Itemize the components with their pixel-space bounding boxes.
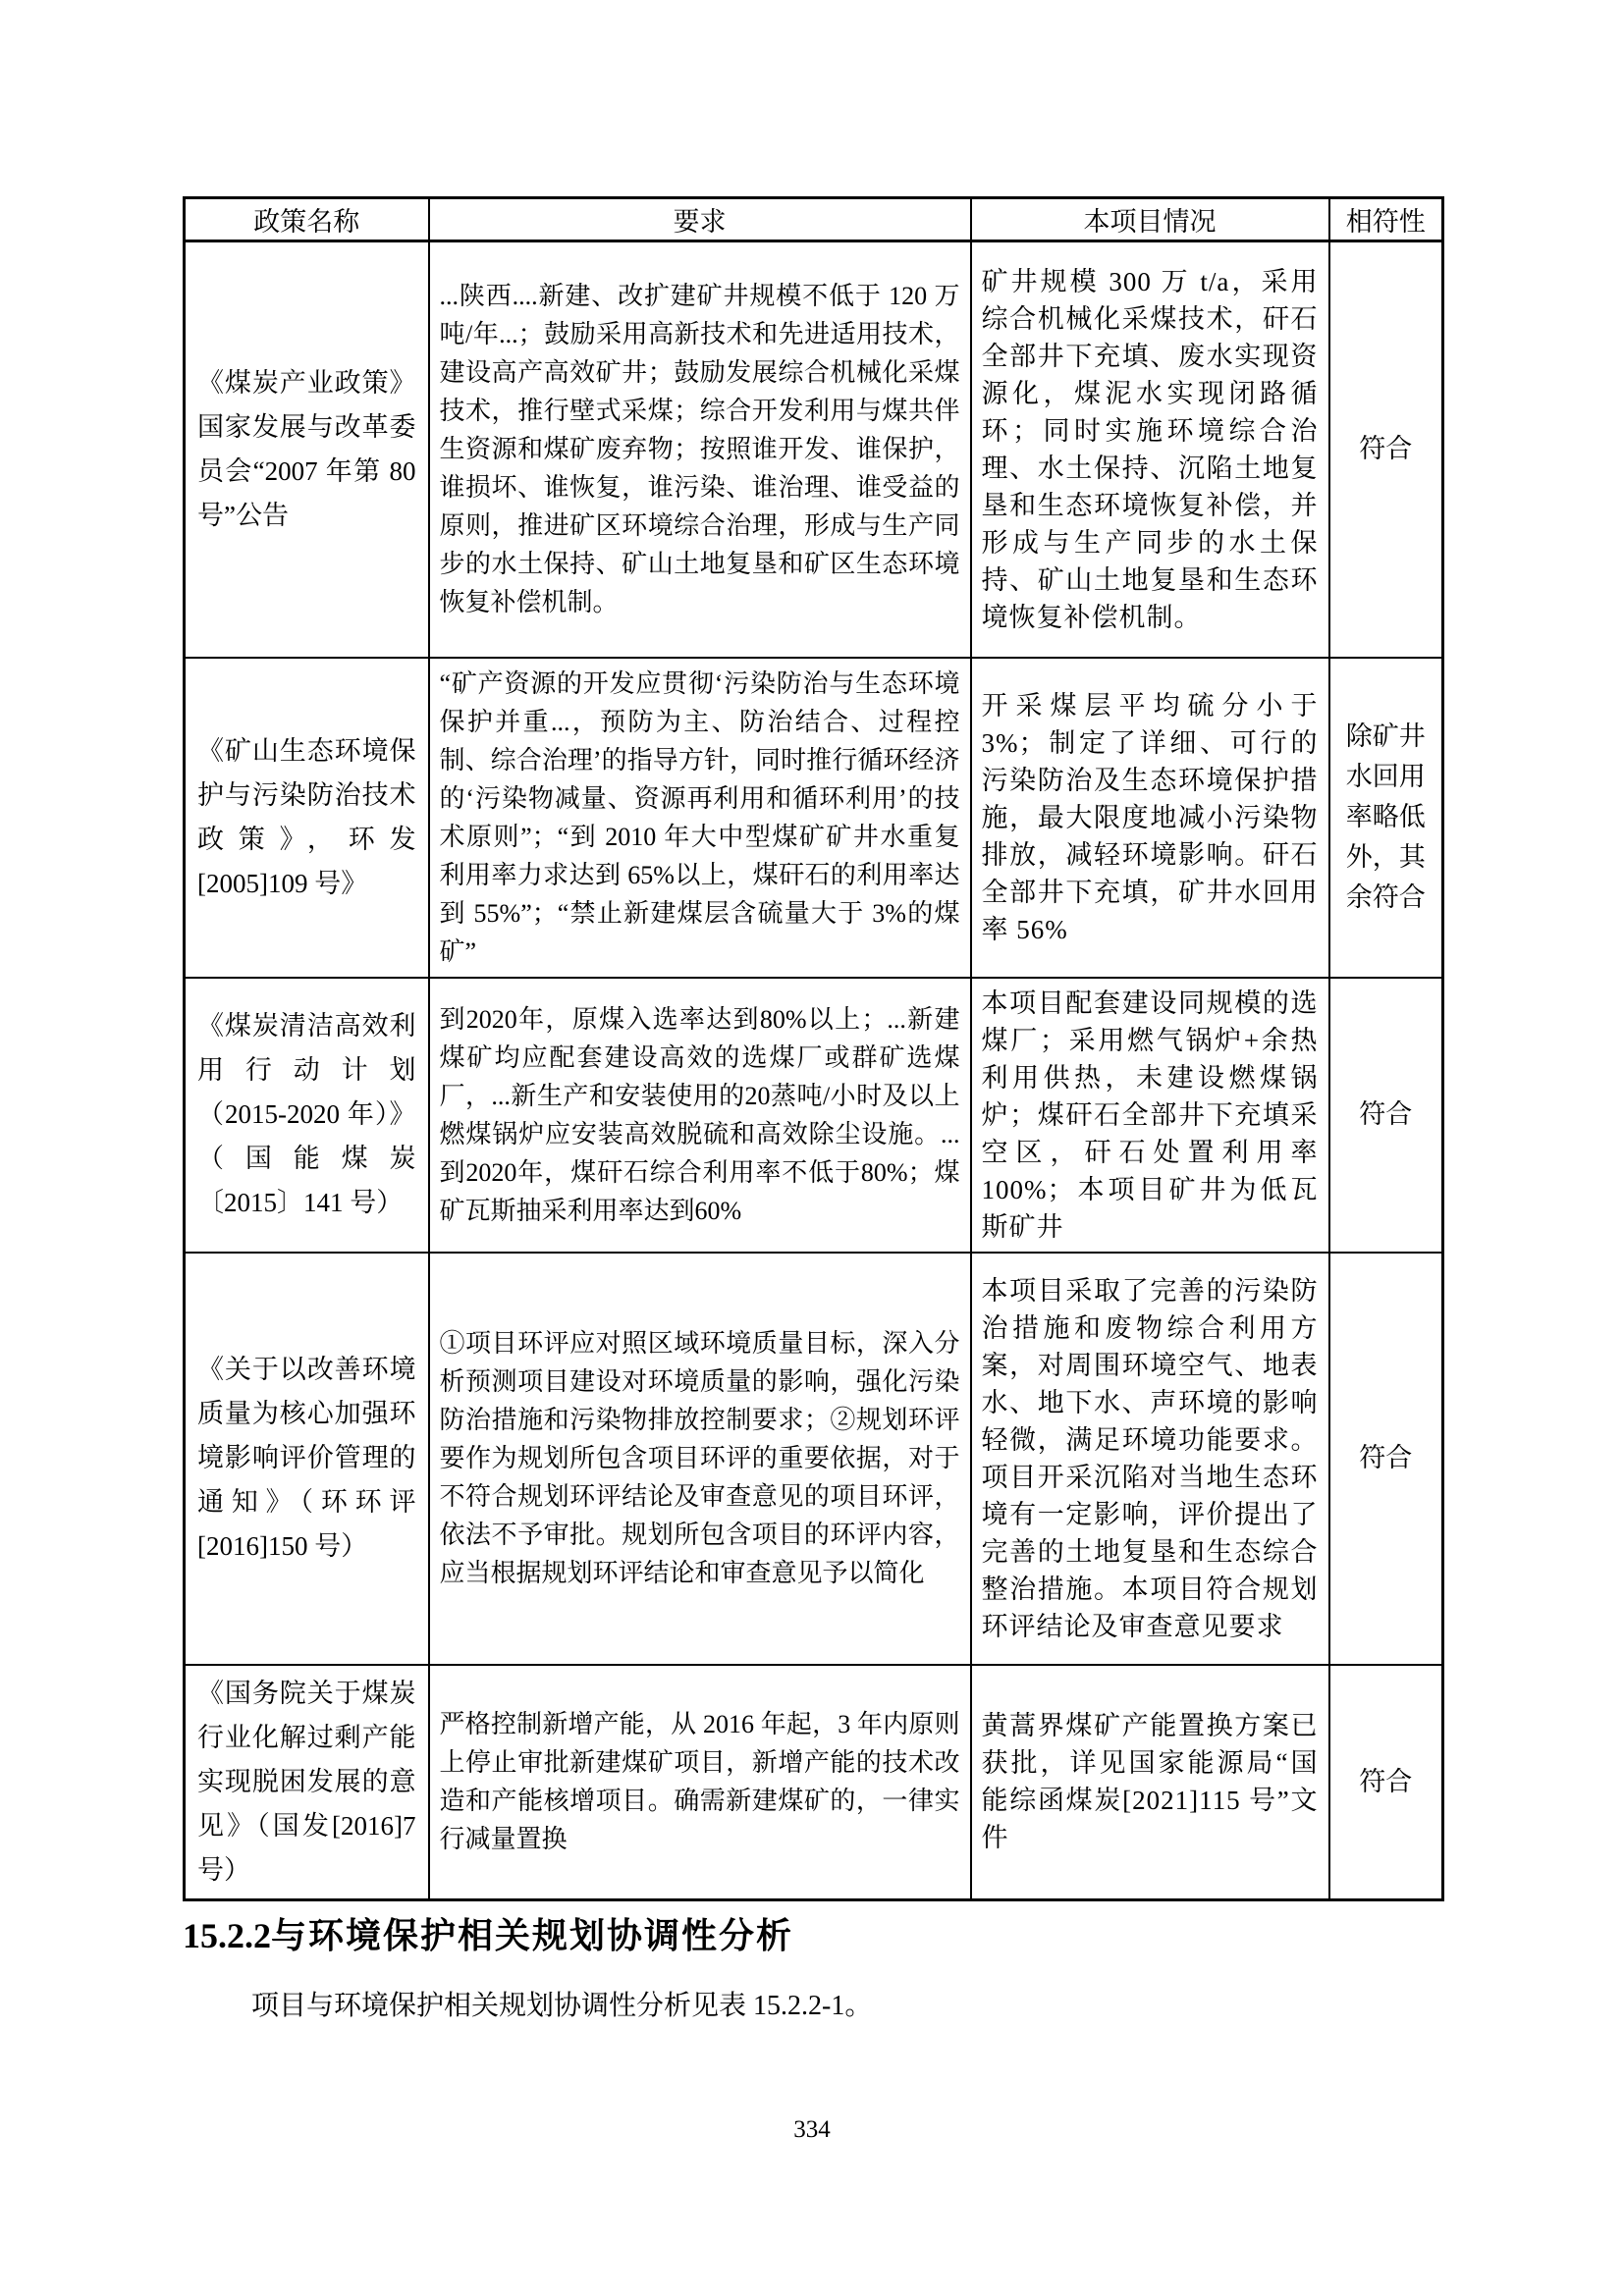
project-situation-cell: 矿井规模 300 万 t/a，采用综合机械化采煤技术，矸石全部井下充填、废水实现… bbox=[971, 241, 1329, 658]
table-header-row: 政策名称 要求 本项目情况 相符性 bbox=[185, 198, 1443, 241]
conformity-cell: 符合 bbox=[1329, 978, 1443, 1253]
requirement-cell: 严格控制新增产能，从 2016 年起，3 年内原则上停止审批新建煤矿项目，新增产… bbox=[429, 1665, 971, 1900]
header-conformity: 相符性 bbox=[1329, 198, 1443, 241]
section-heading-number: 15.2.2 bbox=[183, 1916, 271, 1955]
header-policy-name: 政策名称 bbox=[185, 198, 429, 241]
policy-compliance-table: 政策名称 要求 本项目情况 相符性 《煤炭产业政策》国家发展与改革委员会“200… bbox=[183, 196, 1444, 1901]
section-heading-title: 与环境保护相关规划协调性分析 bbox=[271, 1915, 793, 1955]
policy-name-cell: 《矿山生态环境保护与污染防治技术政策》，环发[2005]109 号》 bbox=[185, 658, 429, 978]
policy-name-cell: 《煤炭清洁高效利用行动计划（2015-2020 年）》（国能煤炭〔2015〕14… bbox=[185, 978, 429, 1253]
policy-compliance-table-wrap: 政策名称 要求 本项目情况 相符性 《煤炭产业政策》国家发展与改革委员会“200… bbox=[183, 196, 1444, 1901]
section-heading: 15.2.2与环境保护相关规划协调性分析 bbox=[183, 1908, 793, 1958]
header-requirement: 要求 bbox=[429, 198, 971, 241]
conformity-cell: 符合 bbox=[1329, 241, 1443, 658]
project-situation-cell: 开采煤层平均硫分小于 3%；制定了详细、可行的污染防治及生态环境保护措施，最大限… bbox=[971, 658, 1329, 978]
requirement-cell: 到2020年，原煤入选率达到80%以上；...新建煤矿均应配套建设高效的选煤厂或… bbox=[429, 978, 971, 1253]
header-project-situation: 本项目情况 bbox=[971, 198, 1329, 241]
page-number: 334 bbox=[0, 2116, 1624, 2144]
table-row: 《关于以改善环境质量为核心加强环境影响评价管理的通知》（环环评[2016]150… bbox=[185, 1253, 1443, 1665]
policy-name-cell: 《关于以改善环境质量为核心加强环境影响评价管理的通知》（环环评[2016]150… bbox=[185, 1253, 429, 1665]
conformity-cell: 除矿井水回用率略低外，其余符合 bbox=[1329, 658, 1443, 978]
project-situation-cell: 本项目配套建设同规模的选煤厂；采用燃气锅炉+余热利用供热，未建设燃煤锅炉；煤矸石… bbox=[971, 978, 1329, 1253]
requirement-cell: “矿产资源的开发应贯彻‘污染防治与生态环境保护并重...，预防为主、防治结合、过… bbox=[429, 658, 971, 978]
policy-name-cell: 《煤炭产业政策》国家发展与改革委员会“2007 年第 80 号”公告 bbox=[185, 241, 429, 658]
project-situation-cell: 本项目采取了完善的污染防治措施和废物综合利用方案，对周围环境空气、地表水、地下水… bbox=[971, 1253, 1329, 1665]
table-row: 《煤炭产业政策》国家发展与改革委员会“2007 年第 80 号”公告 ...陕西… bbox=[185, 241, 1443, 658]
section-paragraph: 项目与环境保护相关规划协调性分析见表 15.2.2-1。 bbox=[183, 1985, 1441, 2028]
table-row: 《煤炭清洁高效利用行动计划（2015-2020 年）》（国能煤炭〔2015〕14… bbox=[185, 978, 1443, 1253]
policy-name-cell: 《国务院关于煤炭行业化解过剩产能实现脱困发展的意见》（国发[2016]7 号） bbox=[185, 1665, 429, 1900]
conformity-cell: 符合 bbox=[1329, 1665, 1443, 1900]
table-row: 《矿山生态环境保护与污染防治技术政策》，环发[2005]109 号》 “矿产资源… bbox=[185, 658, 1443, 978]
conformity-cell: 符合 bbox=[1329, 1253, 1443, 1665]
requirement-cell: ...陕西....新建、改扩建矿井规模不低于 120 万吨/年...；鼓励采用高… bbox=[429, 241, 971, 658]
requirement-cell: ①项目环评应对照区域环境质量目标，深入分析预测项目建设对环境质量的影响，强化污染… bbox=[429, 1253, 971, 1665]
project-situation-cell: 黄蒿界煤矿产能置换方案已获批，详见国家能源局“国能综函煤炭[2021]115 号… bbox=[971, 1665, 1329, 1900]
table-row: 《国务院关于煤炭行业化解过剩产能实现脱困发展的意见》（国发[2016]7 号） … bbox=[185, 1665, 1443, 1900]
